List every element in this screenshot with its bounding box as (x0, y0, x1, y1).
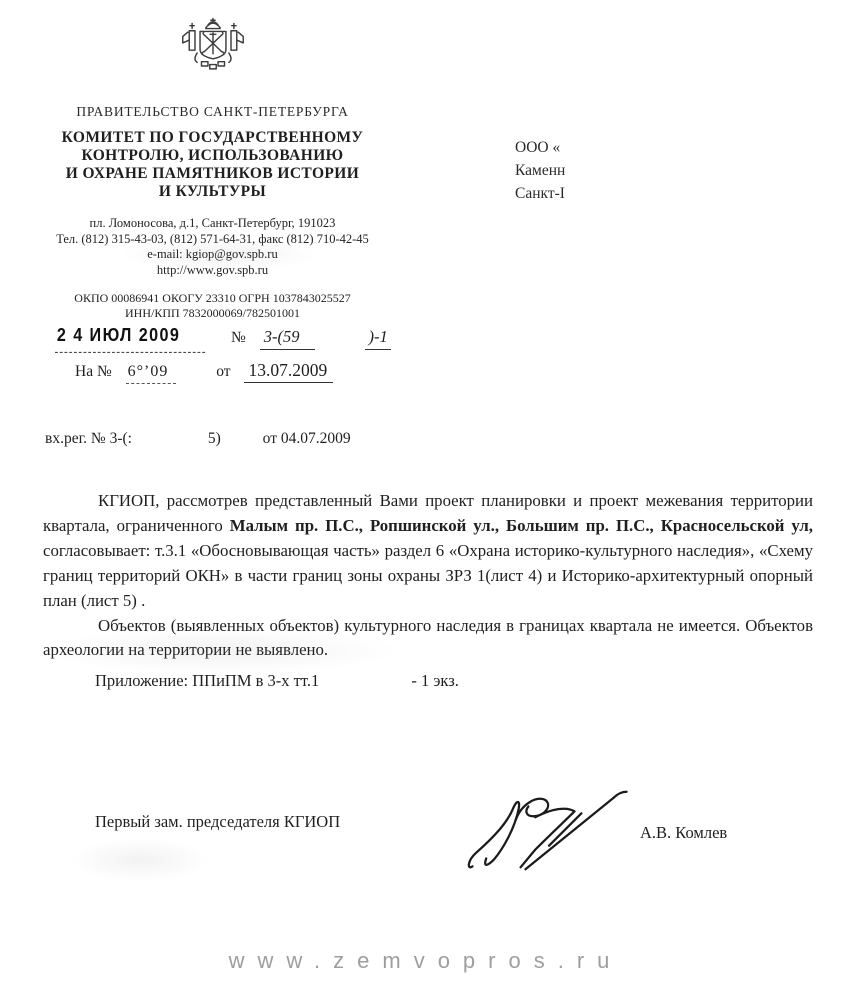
outgoing-number: 3-(59 (260, 327, 316, 350)
committee-line: КОМИТЕТ ПО ГОСУДАРСТВЕННОМУ (10, 129, 415, 147)
registration-label: вх.рег. № 3-(: (45, 430, 132, 447)
committee-line: КОНТРОЛЮ, ИСПОЛЬЗОВАНИЮ (10, 147, 415, 165)
signer-name: А.В. Комлев (640, 823, 727, 843)
outgoing-reference-row: 2 4 ИЮЛ 2009 № 3-(59 )-1 (55, 327, 391, 353)
letter-body: КГИОП, рассмотрев представленный Вами пр… (43, 489, 813, 663)
website-url: http://www.gov.spb.ru (10, 263, 415, 279)
body-segment: согласовывает: т.3.1 «Обосновывающая час… (43, 541, 813, 610)
ot-label: от (216, 363, 230, 380)
registration-value: 5) (208, 430, 221, 447)
na-number-label: На № (75, 363, 112, 380)
committee-name: КОМИТЕТ ПО ГОСУДАРСТВЕННОМУ КОНТРОЛЮ, ИС… (10, 129, 415, 201)
spb-coat-of-arms-icon (177, 8, 249, 88)
org-codes: ОКПО 00086941 ОКОГУ 23310 ОГРН 103784302… (10, 291, 415, 320)
recipient-line: ООО « (515, 136, 565, 159)
registration-date: от 04.07.2009 (263, 430, 351, 447)
body-segment-bold: Малым пр. П.С., Ропшинской ул., Большим … (230, 516, 813, 535)
scan-smudge (70, 838, 210, 882)
registration-row: вх.рег. № 3-(: 5) от 04.07.2009 (45, 430, 351, 448)
incoming-date: 13.07.2009 (244, 360, 333, 383)
recipient-line: Санкт-I (515, 182, 565, 205)
postal-address: пл. Ломоносова, д.1, Санкт-Петербург, 19… (10, 216, 415, 232)
contact-block: пл. Ломоносова, д.1, Санкт-Петербург, 19… (10, 216, 415, 278)
attachment-row: Приложение: ППиПМ в 3-х тт.1 - 1 экз. (95, 671, 459, 691)
recipient-line: Каменн (515, 159, 565, 182)
committee-line: И ОХРАНЕ ПАМЯТНИКОВ ИСТОРИИ (10, 165, 415, 183)
government-title: ПРАВИТЕЛЬСТВО САНКТ-ПЕТЕРБУРГА (10, 104, 415, 120)
email-address: e-mail: kgiop@gov.spb.ru (10, 247, 415, 263)
body-paragraph: КГИОП, рассмотрев представленный Вами пр… (43, 489, 813, 614)
committee-line: И КУЛЬТУРЫ (10, 183, 415, 201)
outgoing-number-suffix: )-1 (365, 327, 390, 350)
incoming-number: 6°’09 (126, 363, 177, 384)
date-stamp: 2 4 ИЮЛ 2009 (55, 325, 205, 353)
scanned-letter-page: ПРАВИТЕЛЬСТВО САНКТ-ПЕТЕРБУРГА КОМИТЕТ П… (0, 0, 851, 1000)
body-paragraph: Объектов (выявленных объектов) культурно… (43, 614, 813, 664)
recipient-block: ООО « Каменн Санкт-I (515, 136, 565, 205)
incoming-reference-row: На № 6°’09 от 13.07.2009 (75, 360, 333, 384)
site-watermark: www.zemvopros.ru (0, 948, 851, 974)
letterhead: ПРАВИТЕЛЬСТВО САНКТ-ПЕТЕРБУРГА КОМИТЕТ П… (10, 0, 415, 320)
attachment-copies: - 1 экз. (411, 671, 459, 690)
attachment-label: Приложение: ППиПМ в 3-х тт.1 (95, 671, 319, 690)
number-label: № (231, 329, 246, 346)
handwritten-signature-icon (466, 776, 634, 884)
org-codes-line: ОКПО 00086941 ОКОГУ 23310 ОГРН 103784302… (10, 291, 415, 306)
signer-title: Первый зам. председателя КГИОП (95, 812, 340, 832)
org-codes-line: ИНН/КПП 7832000069/782501001 (10, 306, 415, 321)
phone-numbers: Тел. (812) 315-43-03, (812) 571-64-31, ф… (10, 232, 415, 248)
